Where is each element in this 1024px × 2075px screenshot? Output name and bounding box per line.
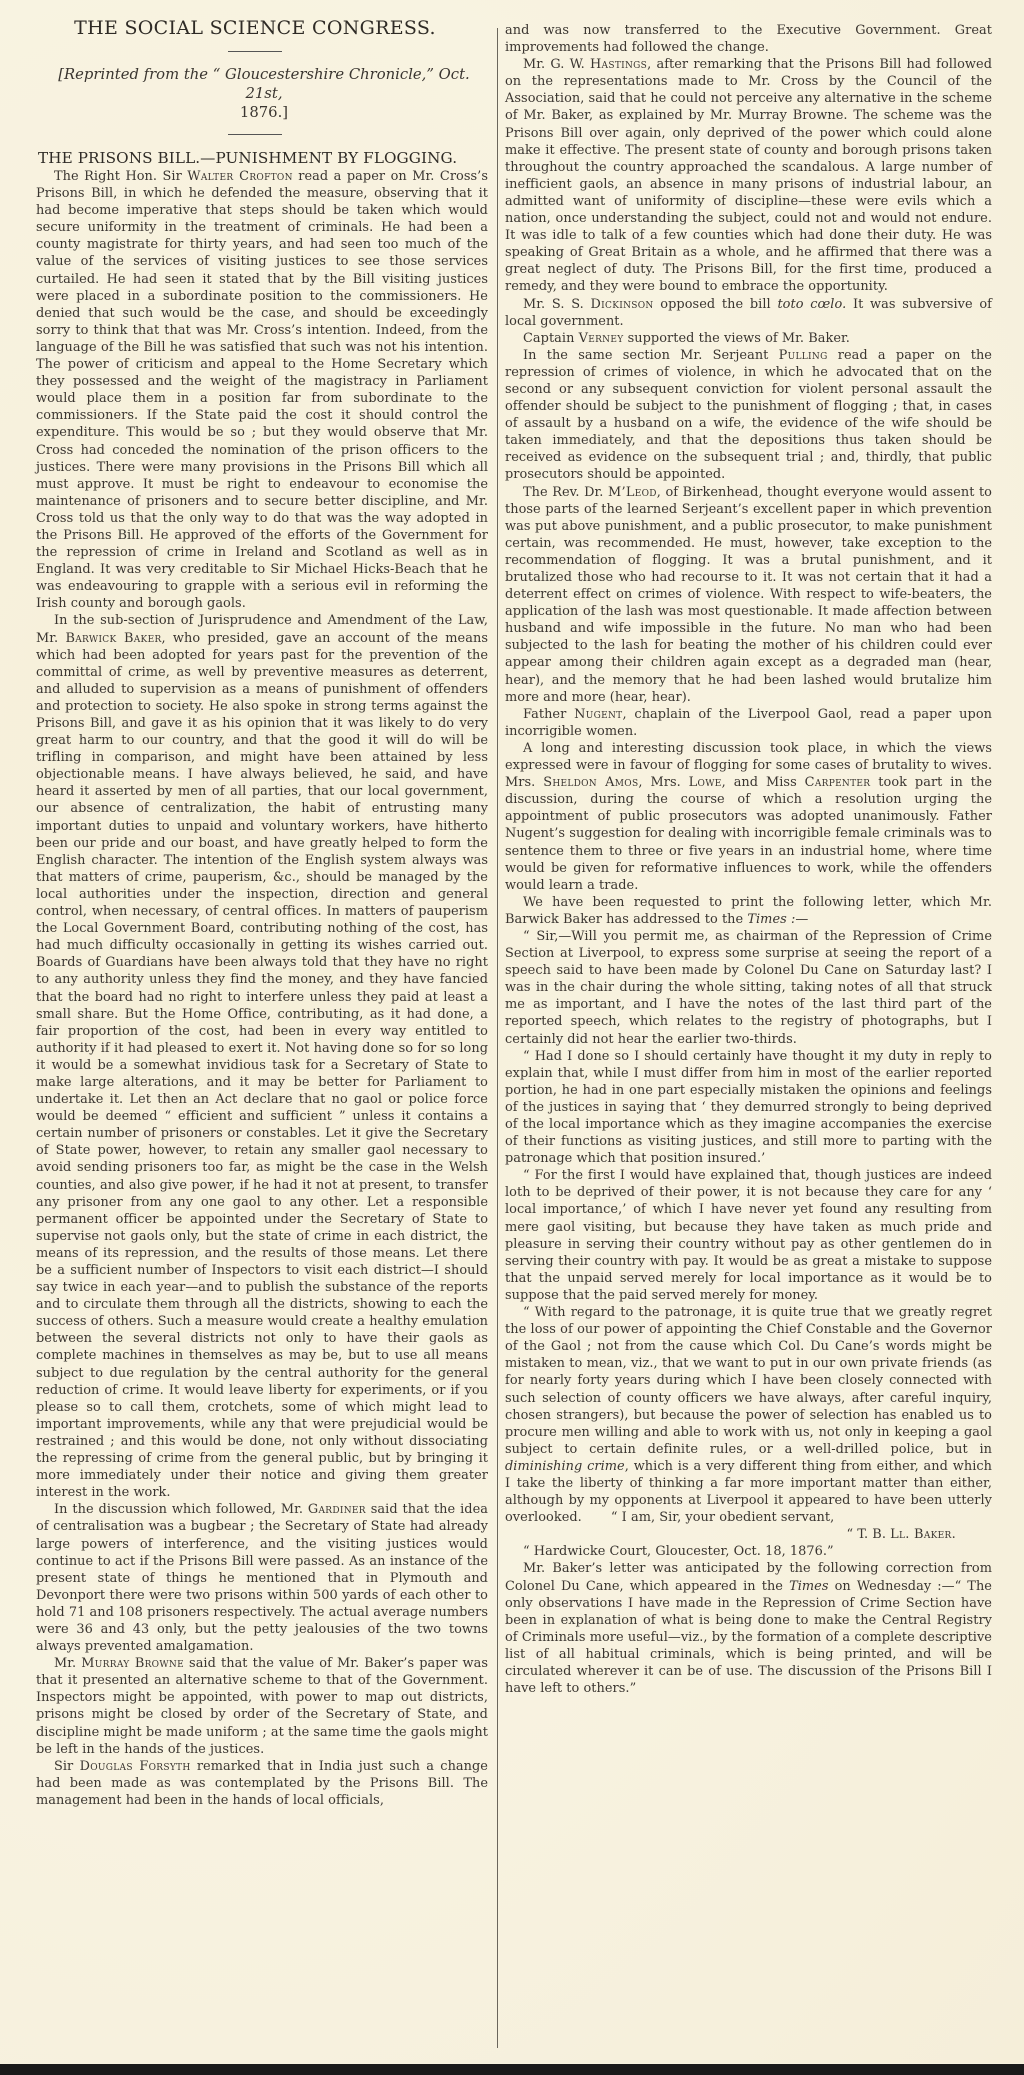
text: “ With regard to the patronage, it is qu…	[505, 1305, 992, 1457]
column-divider	[497, 28, 498, 2048]
paragraph-hastings: Mr. G. W. Hastings, after remarking that…	[505, 56, 992, 295]
letter-paragraph: “ For the first I would have explained t…	[505, 1167, 992, 1304]
speaker-name: Pulling	[779, 348, 828, 363]
text: took part in the discussion, during the …	[505, 775, 992, 893]
signatory-name: Ll. Baker.	[890, 1527, 956, 1542]
letter-address: “ Hardwicke Court, Gloucester, Oct. 18, …	[505, 1543, 992, 1560]
speaker-name: Carpenter	[805, 775, 871, 790]
speaker-name: Douglas Forsyth	[80, 1759, 191, 1774]
paragraph-dickinson: Mr. S. S. Dickinson opposed the bill tot…	[505, 296, 992, 330]
text: read a paper on the repression of crimes…	[505, 348, 992, 483]
paragraph-crofton: The Right Hon. Sir Walter Crofton read a…	[36, 168, 488, 612]
speaker-name: Dickinson	[591, 297, 654, 312]
paragraph-letter-intro: We have been requested to print the foll…	[505, 894, 992, 928]
paragraph-discussion: A long and interesting discussion took p…	[505, 740, 992, 894]
reprint-note-text: [Reprinted from the “ Gloucestershire Ch…	[58, 66, 469, 102]
emphasis: diminishing crime	[505, 1459, 625, 1474]
speaker-name: Lowe	[689, 775, 722, 790]
text: , of Birkenhead, thought everyone would …	[505, 485, 992, 705]
paragraph-nugent: Father Nugent, chaplain of the Liverpool…	[505, 706, 992, 740]
speaker-name: Murray Browne	[81, 1656, 184, 1671]
short-rule	[228, 51, 282, 52]
text: on Wednesday :—“ The only observations I…	[505, 1579, 992, 1697]
text: Mr. S. S.	[523, 297, 591, 312]
paragraph-murray-browne: Mr. Murray Browne said that the value of…	[36, 1655, 488, 1758]
newspaper-title: Times	[789, 1579, 828, 1594]
text: Sir	[54, 1759, 80, 1774]
speaker-name: Sheldon Amos	[543, 775, 638, 790]
speaker-name: Verney	[579, 331, 624, 346]
letter-paragraph: “ Sir,—Will you permit me, as chairman o…	[505, 928, 992, 1048]
reprint-note: [Reprinted from the “ Gloucestershire Ch…	[38, 65, 490, 122]
speaker-name: Nugent	[574, 707, 622, 722]
letter-paragraph: “ Had I done so I should certainly have …	[505, 1048, 992, 1168]
text: Captain	[523, 331, 579, 346]
right-column: and was now transferred to the Executive…	[505, 22, 992, 1697]
reprint-note-year: 1876.]	[240, 104, 288, 121]
paragraph-barwick-baker: In the sub-section of Jurisprudence and …	[36, 612, 488, 1501]
short-rule	[228, 134, 282, 135]
text: The Rev. Dr.	[523, 485, 608, 500]
speaker-name: Hastings	[590, 57, 647, 72]
speaker-name: Barwick Baker	[65, 631, 161, 646]
text: In the discussion which followed, Mr.	[54, 1502, 308, 1517]
left-column: THE SOCIAL SCIENCE CONGRESS. [Reprinted …	[20, 0, 490, 1809]
text: supported the views of Mr. Baker.	[623, 331, 850, 346]
text: , Mrs.	[638, 775, 688, 790]
article-headline: THE PRISONS BILL.—PUNISHMENT BY FLOGGING…	[38, 148, 490, 168]
text: Mr.	[54, 1656, 81, 1671]
paragraph-verney: Captain Verney supported the views of Mr…	[505, 330, 992, 347]
newspaper-page: THE SOCIAL SCIENCE CONGRESS. [Reprinted …	[0, 0, 1024, 2063]
text: , after remarking that the Prisons Bill …	[505, 57, 992, 294]
text: Mr. G. W.	[523, 57, 590, 72]
paragraph-mleod: The Rev. Dr. M’Leod, of Birkenhead, thou…	[505, 484, 992, 706]
text: In the same section Mr. Serjeant	[523, 348, 779, 363]
speaker-name: Gardiner	[308, 1502, 366, 1517]
text: said that the value of Mr. Baker’s paper…	[36, 1656, 488, 1756]
paragraph-pulling: In the same section Mr. Serjeant Pulling…	[505, 347, 992, 484]
text: The Right Hon. Sir	[54, 169, 187, 184]
text: “ T. B.	[846, 1527, 890, 1542]
text: read a paper on Mr. Cross’s Prisons Bill…	[36, 169, 488, 611]
speaker-name: Walter Crofton	[187, 169, 293, 184]
letter-paragraph: “ With regard to the patronage, it is qu…	[505, 1304, 992, 1526]
newspaper-title: Times :—	[747, 912, 808, 927]
latin-phrase: toto cœlo.	[777, 297, 846, 312]
text: , who presided, gave an account of the m…	[36, 631, 488, 1501]
paragraph-forsyth: Sir Douglas Forsyth remarked that in Ind…	[36, 1758, 488, 1809]
text: opposed the bill	[654, 297, 778, 312]
masthead-title: THE SOCIAL SCIENCE CONGRESS.	[20, 17, 490, 39]
text: Father	[523, 707, 574, 722]
paragraph-gardiner: In the discussion which followed, Mr. Ga…	[36, 1501, 488, 1655]
paragraph-du-cane-correction: Mr. Baker’s letter was anticipated by th…	[505, 1560, 992, 1697]
letter-signature: “ T. B. Ll. Baker.	[505, 1526, 992, 1543]
text: , and Miss	[722, 775, 805, 790]
speaker-name: M’Leod	[608, 485, 657, 500]
text: said that the idea of centralisation was…	[36, 1502, 488, 1654]
scan-border	[0, 2064, 1024, 2075]
letter-closing: “ I am, Sir, your obedient servant,	[611, 1510, 834, 1525]
paragraph-continued: and was now transferred to the Executive…	[505, 22, 992, 56]
